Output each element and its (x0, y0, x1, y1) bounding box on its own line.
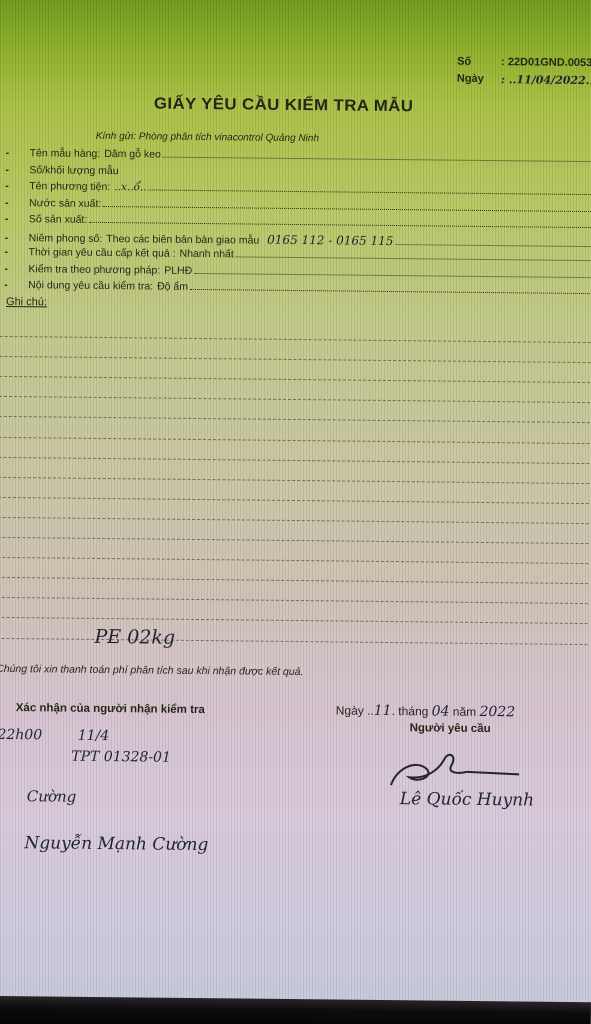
handwritten-note: PE 02kg (94, 626, 175, 649)
addressee: Kính gửi: Phòng phân tích vinacontrol Qu… (96, 131, 319, 144)
request-date: Ngày ..11. tháng 04 năm 2022 (336, 702, 516, 720)
receiver-reference: TPT 01328-01 (71, 749, 171, 766)
payment-statement: Chúng tôi xin thanh toán phí phân tích s… (0, 663, 303, 678)
document-number-block: Số: 22D01GND.0053 Ngày: ..11/04/2022.. (457, 54, 591, 89)
notes-label: Ghi chú: (6, 296, 47, 308)
receiver-time-date: 22h00 11/4 (0, 727, 109, 744)
receiver-title: Xác nhận của người nhận kiểm tra (16, 702, 205, 716)
document-title: GIẤY YÊU CẦU KIỂM TRA MẪU (154, 96, 414, 117)
receiver-signature: Cường (27, 787, 77, 806)
number-value: : 22D01GND.0053 (501, 54, 591, 72)
receiver-name: Nguyễn Mạnh Cường (24, 833, 208, 855)
date-label: Ngày (457, 71, 491, 88)
request-fields: -Tên mẫu hàng:Dăm gỗ keo -Số/khối lượng … (4, 147, 591, 302)
document-page: Số: 22D01GND.0053 Ngày: ..11/04/2022.. G… (0, 0, 591, 1024)
number-label: Số (457, 54, 491, 71)
requester-title: Người yêu cầu (410, 722, 491, 735)
date-value: : ..11/04/2022.. (501, 71, 591, 89)
notes-lines (0, 317, 591, 645)
requester-name: Lê Quốc Huynh (400, 789, 534, 810)
